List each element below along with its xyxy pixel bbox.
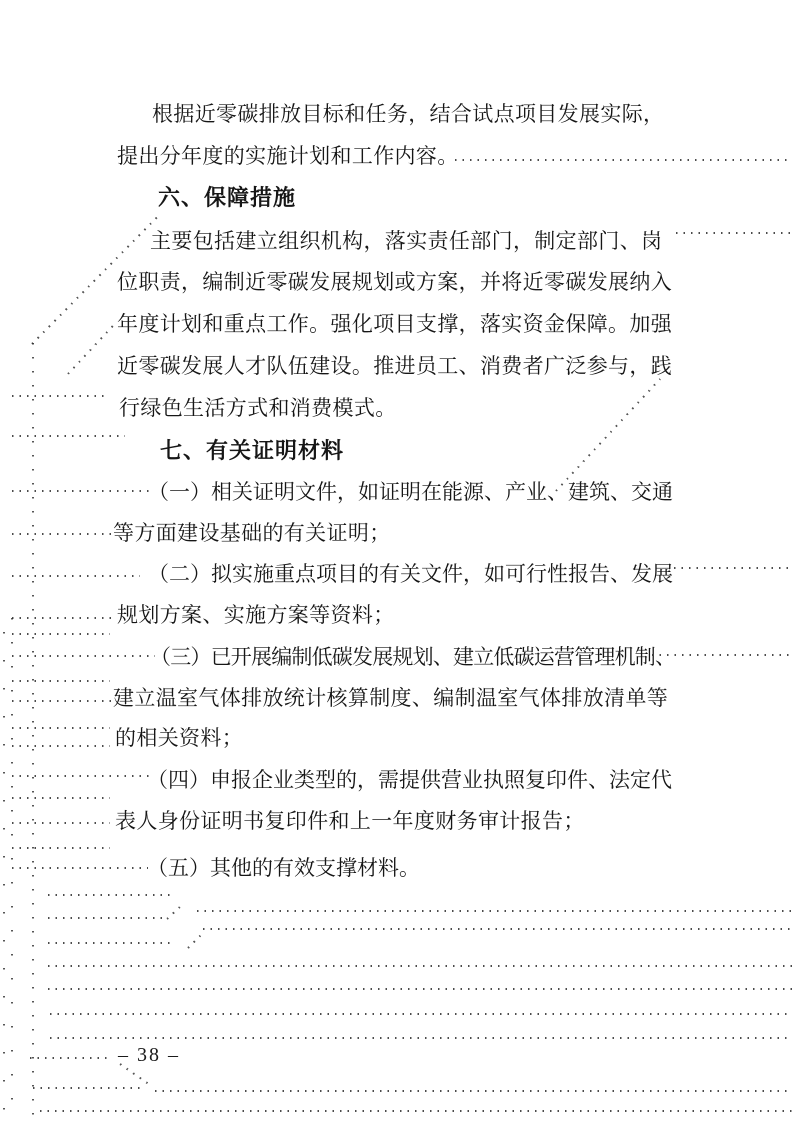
text-line: 根据近零碳排放目标和任务，结合试点项目发展实际，	[152, 104, 664, 125]
text-line: 的相关资料；	[115, 728, 243, 749]
text-line: 位职责，编制近零碳发展规划或方案，并将近零碳发展纳入	[117, 272, 672, 293]
dotted-rule	[50, 1013, 792, 1015]
text-line: 表人身份证明书复印件和上一年度财务审计报告；	[115, 811, 585, 832]
dotted-rule	[676, 232, 790, 234]
dotted-column	[11, 618, 13, 1120]
dotted-rule	[12, 727, 110, 729]
dotted-rule	[48, 965, 792, 967]
text-line: 行绿色生活方式和消费模式。	[119, 398, 397, 419]
text-line: 规划方案、实施方案等资料；	[117, 605, 395, 626]
text-line: （三）已开展编制低碳发展规划、建立低碳运营管理机制、	[150, 647, 675, 668]
text-line: 提出分年度的实施计划和工作内容。	[117, 146, 459, 167]
text-line: （一）相关证明文件，如证明在能源、产业、建筑、交通	[148, 482, 673, 503]
document-page: 根据近零碳排放目标和任务，结合试点项目发展实际，提出分年度的实施计划和工作内容。…	[0, 0, 794, 1123]
text-line: 建立温室气体排放统计核算制度、编制温室气体排放清单等	[113, 688, 668, 709]
dotted-rule	[197, 910, 792, 912]
dotted-rule	[12, 700, 115, 702]
dotted-rule	[30, 1057, 112, 1059]
dotted-rule	[12, 633, 110, 635]
dotted-rule	[12, 617, 112, 619]
text-line: 等方面建设基础的有关证明；	[113, 523, 391, 544]
dotted-rule	[12, 847, 110, 849]
section-heading: 六、保障措施	[158, 187, 296, 209]
text-line: 近零碳发展人才队伍建设。推进员工、消费者广泛参与，践	[117, 356, 672, 377]
dotted-rule	[12, 680, 110, 682]
diagonal-scan-artifact	[119, 1063, 150, 1086]
diagonal-scan-artifact	[67, 323, 116, 375]
dotted-column	[32, 343, 34, 1120]
dotted-rule	[12, 745, 110, 747]
text-line: （五）其他的有效支撑材料。	[147, 858, 420, 879]
diagonal-scan-artifact	[187, 932, 204, 949]
dotted-rule	[40, 1110, 792, 1112]
dotted-rule	[12, 435, 125, 437]
diagonal-scan-artifact	[166, 903, 183, 919]
text-line: 年度计划和重点工作。强化项目支撑，落实资金保障。加强	[117, 314, 672, 335]
diagonal-scan-artifact	[555, 378, 661, 491]
dotted-rule	[674, 567, 790, 569]
dotted-rule	[33, 1087, 140, 1089]
dotted-rule	[155, 1090, 792, 1092]
dotted-column	[3, 632, 5, 1120]
dotted-rule	[12, 533, 115, 535]
dotted-rule	[12, 395, 108, 397]
dotted-rule	[48, 988, 792, 990]
text-line: 主要包括建立组织机构，落实责任部门，制定部门、岗	[150, 231, 662, 252]
page-number: – 38 –	[118, 1045, 180, 1065]
dotted-rule	[12, 797, 110, 799]
dotted-rule	[203, 928, 792, 930]
dotted-rule	[455, 159, 790, 161]
text-line: （二）拟实施重点项目的有关文件，如可行性报告、发展	[148, 564, 673, 585]
dotted-rule	[48, 894, 173, 896]
section-heading: 七、有关证明材料	[160, 440, 344, 462]
text-line: （四）申报企业类型的，需提供营业执照复印件、法定代	[147, 770, 672, 791]
dotted-rule	[652, 654, 790, 656]
dotted-rule	[48, 917, 167, 919]
dotted-rule	[50, 1037, 792, 1039]
dotted-rule	[48, 942, 170, 944]
dotted-rule	[12, 822, 110, 824]
